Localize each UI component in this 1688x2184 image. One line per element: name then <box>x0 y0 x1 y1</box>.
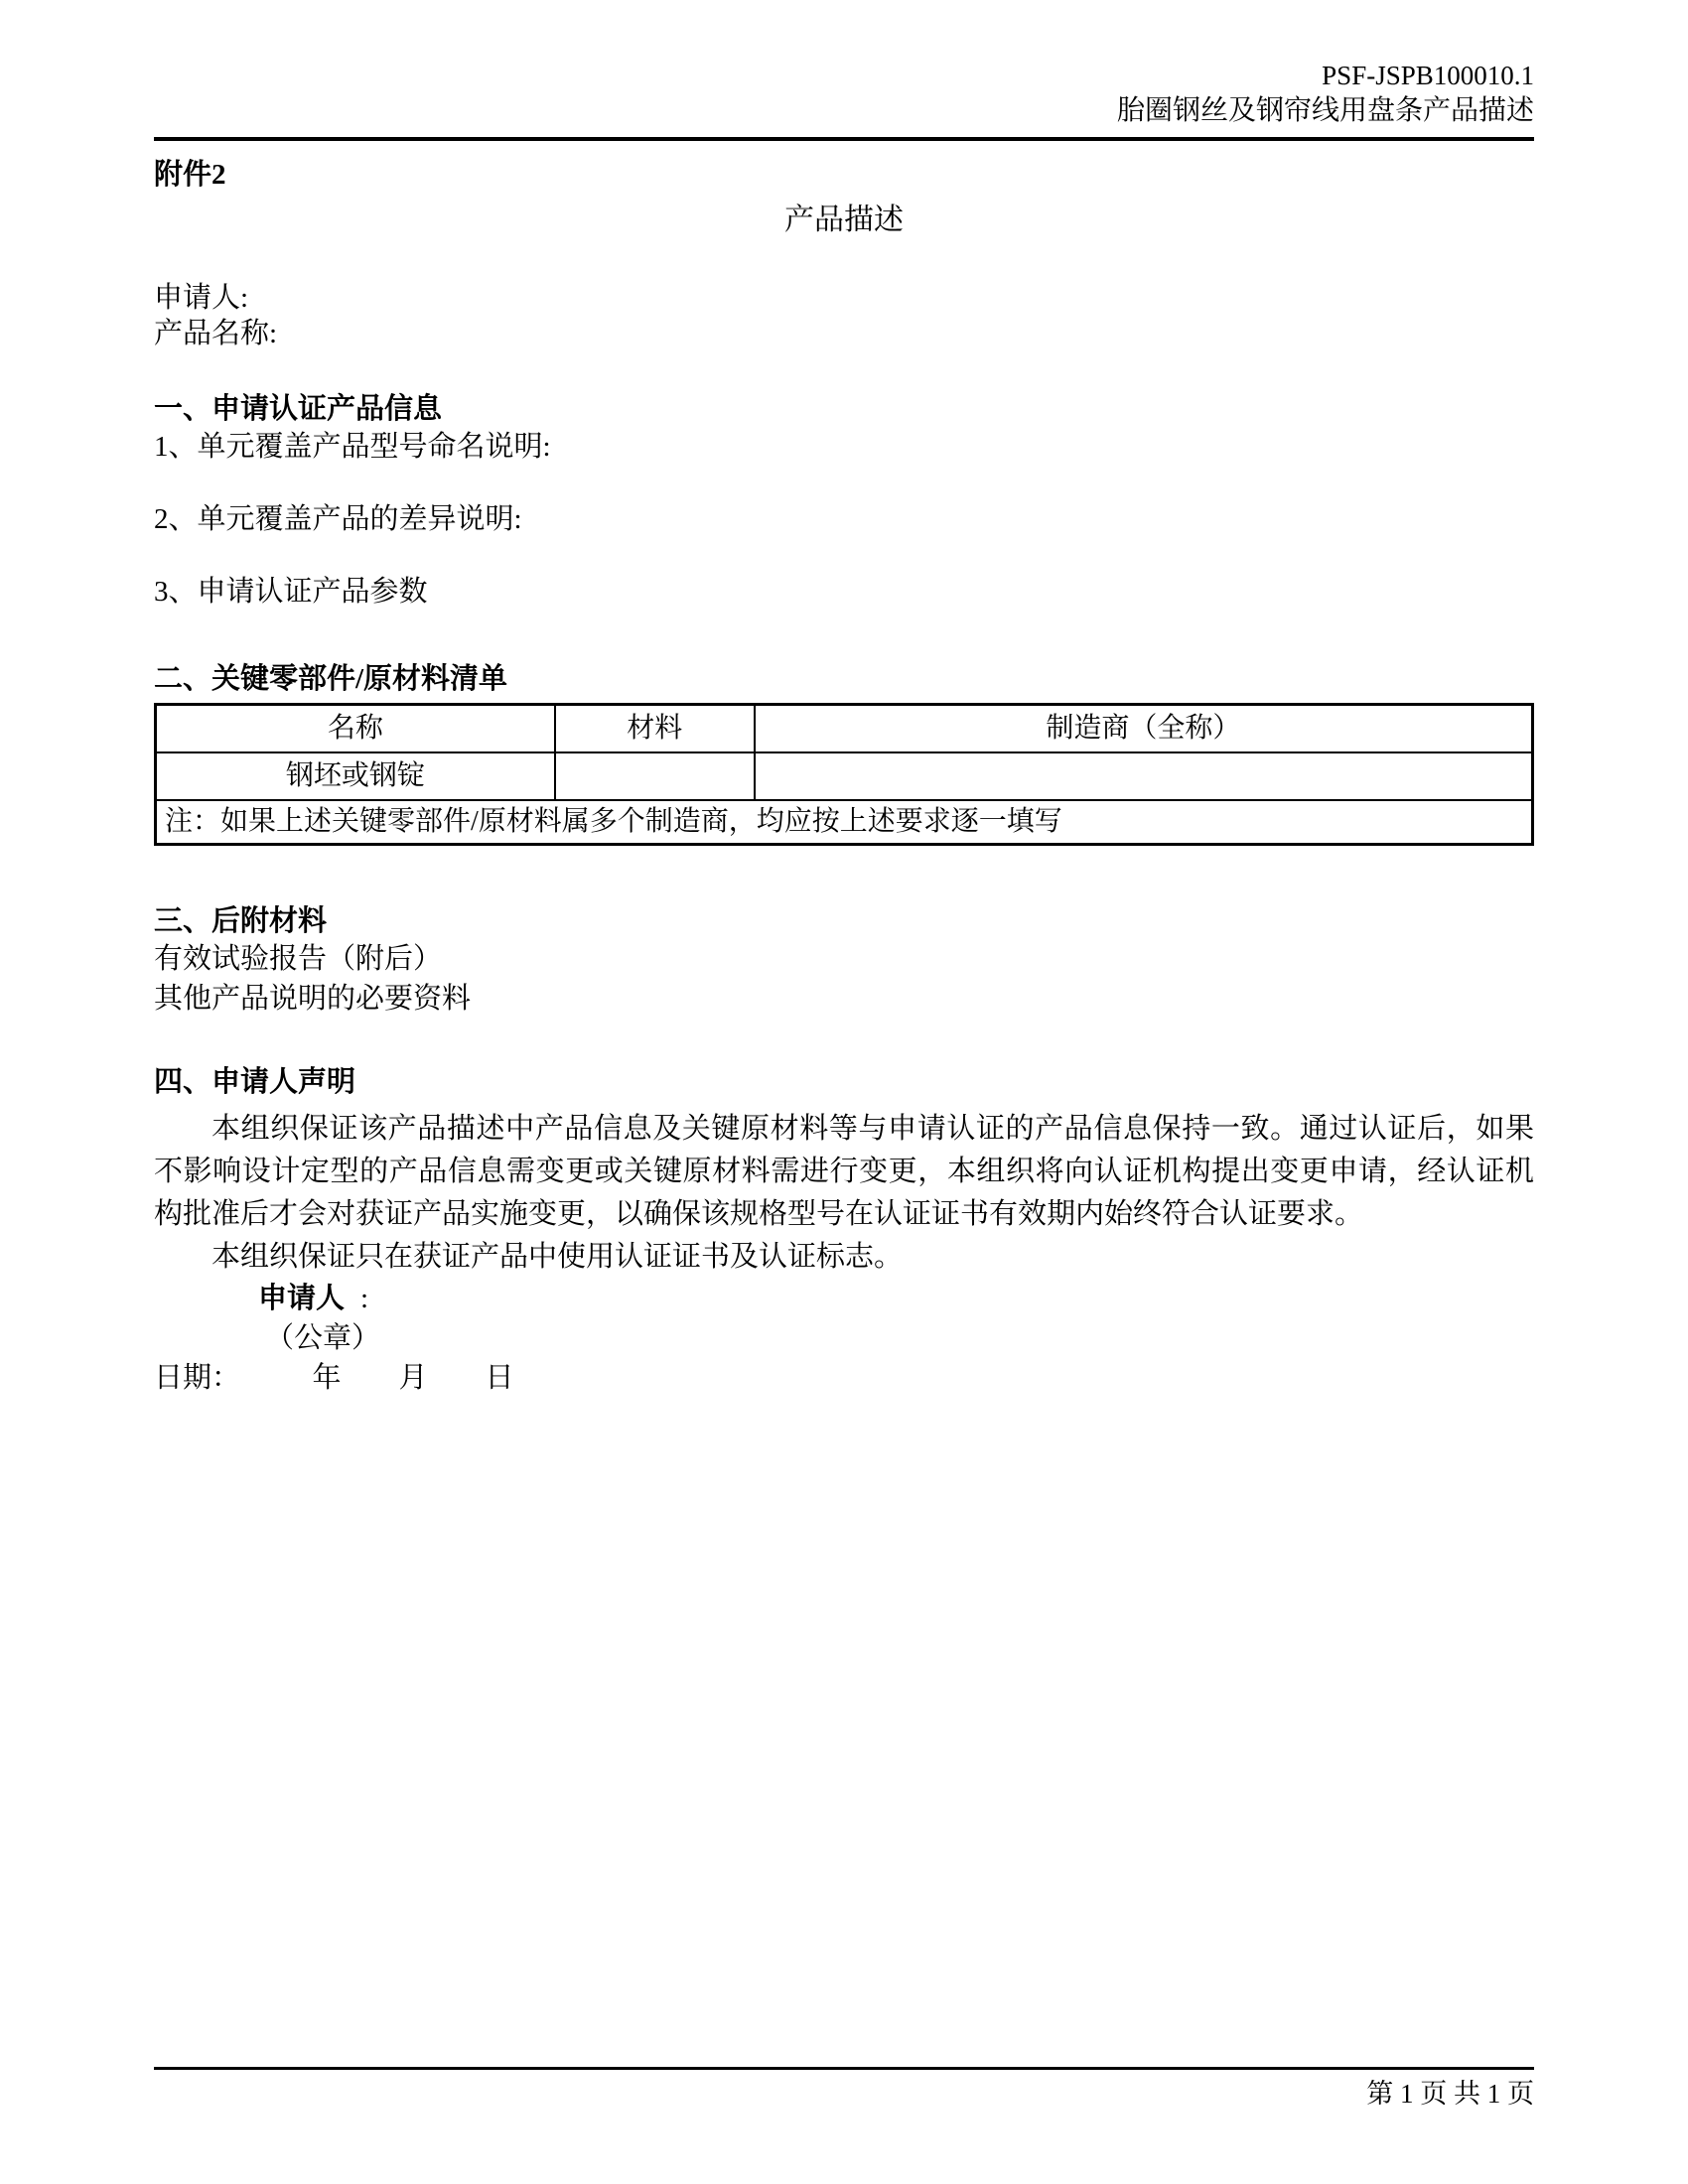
table-row: 钢坯或钢锭 <box>156 752 1533 800</box>
page-footer: 第 1 页 共 1 页 <box>154 2067 1534 2112</box>
signature-date-line: 日期： 年 月 日 <box>154 1358 1534 1398</box>
product-name-field-label: 产品名称: <box>154 316 1534 351</box>
fields-block: 申请人: 产品名称: <box>154 280 1534 351</box>
section-1-item: 3、申请认证产品参数 <box>154 574 1534 610</box>
table-header-row: 名称 材料 制造商（全称） <box>156 705 1533 753</box>
running-header: PSF-JSPB100010.1 胎圈钢丝及钢帘线用盘条产品描述 <box>154 0 1534 141</box>
table-note-row: 注：如果上述关键零部件/原材料属多个制造商，均应按上述要求逐一填写 <box>156 800 1533 845</box>
table-note: 注：如果上述关键零部件/原材料属多个制造商，均应按上述要求逐一填写 <box>156 800 1533 845</box>
document-header-title: 胎圈钢丝及钢帘线用盘条产品描述 <box>154 93 1534 129</box>
declaration-paragraph-1: 本组织保证该产品描述中产品信息及关键原材料等与申请认证的产品信息保持一致。通过认… <box>154 1108 1534 1236</box>
cell-material <box>555 752 755 800</box>
column-header-manufacturer: 制造商（全称） <box>755 705 1533 753</box>
declaration-paragraph-2: 本组织保证只在获证产品中使用认证证书及认证标志。 <box>154 1236 1534 1279</box>
section-4-heading: 四、申请人声明 <box>154 1064 1534 1100</box>
page-number-info: 第 1 页 共 1 页 <box>1366 2079 1534 2109</box>
section-3-heading: 三、后附材料 <box>154 903 1534 939</box>
section-2-heading: 二、关键零部件/原材料清单 <box>154 661 1534 697</box>
key-parts-table: 名称 材料 制造商（全称） 钢坯或钢锭 注：如果上述关键零部件/原材料属多个制造… <box>154 703 1534 846</box>
section-1-heading: 一、申请认证产品信息 <box>154 391 1534 427</box>
document-code: PSF-JSPB100010.1 <box>154 58 1534 93</box>
signature-applicant-label: 申请人 <box>258 1283 345 1314</box>
page-title: 产品描述 <box>154 203 1534 238</box>
cell-manufacturer <box>755 752 1533 800</box>
section-3-line: 有效试验报告（附后） <box>154 939 1534 979</box>
section-1-item: 2、单元覆盖产品的差异说明: <box>154 501 1534 537</box>
signature-applicant-line: 申请人: <box>154 1279 1534 1318</box>
signature-colon: : <box>360 1283 368 1314</box>
applicant-field-label: 申请人: <box>154 280 1534 316</box>
attachment-label: 附件2 <box>154 157 1534 193</box>
section-1-item: 1、单元覆盖产品型号命名说明: <box>154 429 1534 465</box>
section-3-line: 其他产品说明的必要资料 <box>154 979 1534 1019</box>
cell-part-name: 钢坯或钢锭 <box>156 752 555 800</box>
column-header-material: 材料 <box>555 705 755 753</box>
column-header-name: 名称 <box>156 705 555 753</box>
declaration-text: 本组织保证该产品描述中产品信息及关键原材料等与申请认证的产品信息保持一致。通过认… <box>154 1108 1534 1279</box>
signature-seal-label: （公章） <box>154 1318 1534 1358</box>
document-page: PSF-JSPB100010.1 胎圈钢丝及钢帘线用盘条产品描述 附件2 产品描… <box>0 0 1688 2184</box>
